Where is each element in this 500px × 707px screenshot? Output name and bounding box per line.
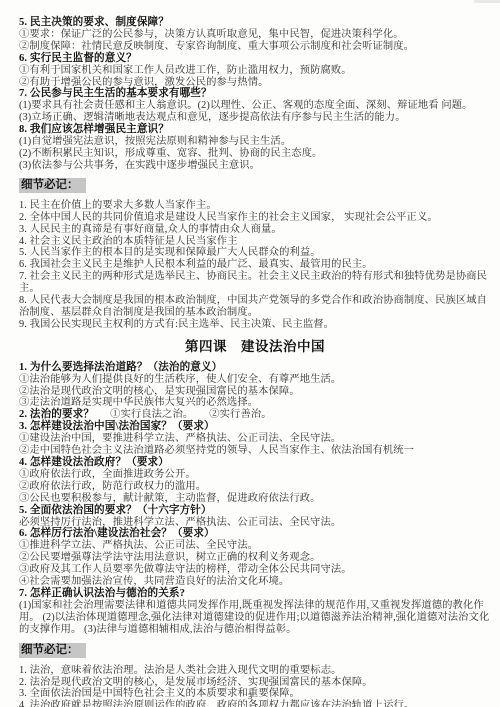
- answer-line: ②制度保障：社情民意反映制度、专家咨询制度、重大事项公示制度和社会听证制度。: [19, 41, 491, 53]
- answer-line: ②有助于增强公民的参与意识，激发公民的参与热情。: [19, 77, 491, 89]
- answer-line: ②法治是现代政治文明的核心，是实现强国富民的基本保障。: [19, 386, 491, 398]
- detail-item: 1. 民主在价值上的要求大多数人当家作主。: [19, 200, 491, 212]
- answer-line: ④社会需要加强法治宣传，共同营造良好的法治文化环境。: [19, 576, 491, 588]
- answer-line: ①要求：保证广泛的公民参与，决策方认真听取意见，集中民智，促进决策科学化。: [19, 29, 491, 41]
- question-heading: 3. 怎样建设法治中国\法治国家？（要求）: [19, 421, 491, 433]
- question-heading: 8. 我们应该怎样增强民主意识？: [19, 124, 491, 136]
- answer-line: ③走法治道路是实现中华民族伟大复兴的必然选择。: [19, 397, 491, 409]
- lesson4-section: 第四课 建设法治中国 1. 为什么要选择法治道路？（法治的意义） ①法治能够为人…: [19, 339, 491, 707]
- answer-line: ①法治能够为人们提供良好的生活秩序，使人们安全、有尊严地生活。: [19, 374, 491, 386]
- section-title: 第四课 建设法治中国: [19, 339, 491, 355]
- question-heading: 2. 法治的要求？: [19, 409, 94, 421]
- detail-item: 1. 法治，意味着依法治理。法治是人类社会进入现代文明的重要标志。: [19, 665, 491, 677]
- question-heading: 7. 公民参与民主生活的基本要求有哪些？: [19, 88, 491, 100]
- question-inline-row: 2. 法治的要求？ ①实行良法之治。 ②实行善治。: [19, 409, 491, 421]
- answer-line: ②走中国特色社会主义法治道路必须坚持党的领导、人民当家作主、依法治国有机统一: [19, 445, 491, 457]
- detail-item: 4. 社会主义民主政治的本质特征是人民当家作主: [19, 236, 491, 248]
- answer-line: ①推进科学立法、严格执法、公正司法、全民守法。: [19, 540, 491, 552]
- question-heading: 6. 怎样厉行法治\建设法治社会？（要求）: [19, 528, 491, 540]
- answer-line: ①有利于国家机关和国家工作人员改进工作，防止滥用权力，预防腐败。: [19, 65, 491, 77]
- answer-line: (3)依法参与公共事务，在实践中逐步增强民主意识。: [19, 160, 491, 172]
- question-heading: 6. 实行民主监督的意义？: [19, 53, 491, 65]
- page-number: 3: [0, 691, 500, 701]
- answer-line: ③政府及其工作人员要率先做尊法守法的榜样，带动全体公民共同守法。: [19, 564, 491, 576]
- answer-line: (1)要求具有社会责任感和主人翁意识。(2)以理性、公正、客观的态度全面、深刻、…: [19, 100, 491, 112]
- answer-line: (1)自觉增强宪法意识，按照宪法原则和精神参与民主生活。: [19, 136, 491, 148]
- detail-item: 2. 法治是现代政治文明的核心，是发展市场经济、实现强国富民的基本保障。: [19, 677, 491, 689]
- question-heading: 5. 民主决策的要求、制度保障？: [19, 17, 491, 29]
- answer-line: (2)不断积累民主知识，形成尊重、宽容、批判、协商的民主态度。: [19, 148, 491, 160]
- answer-line: ②公民要增强尊法学法守法用法意识，树立正确的权利义务观念。: [19, 552, 491, 564]
- answer-paragraph: (1)国家和社会治理需要法律和道德共同发挥作用,既重视发挥法律的规范作用,又重视…: [19, 600, 491, 636]
- detail-item: 7. 社会主义民主的两种形式是选举民主、协商民主。社会主义民主政治的特有形式和独…: [19, 271, 491, 295]
- answer-line: ③公民也要积极参与，献计献策，主动监督，促进政府依法行政。: [19, 493, 491, 505]
- details-block: 细节必记： 1. 民主在价值上的要求大多数人当家作主。 2. 全体中国人民的共同…: [19, 172, 491, 331]
- answer-line: ①政府依法行政，全面推进政务公开。: [19, 469, 491, 481]
- question-heading: 1. 为什么要选择法治道路？（法治的意义）: [19, 362, 491, 374]
- question-heading: 4. 怎样建设法治政府？（要求）: [19, 457, 491, 469]
- detail-item: 5. 人民当家作主的根本目的是实现和保障最广大人民群众的利益。: [19, 247, 491, 259]
- answer-line: ①建设法治中国，要推进科学立法、严格执法、公正司法、全民守法。: [19, 433, 491, 445]
- details-label: 细节必记：: [19, 178, 86, 193]
- detail-item: 6. 我国社会主义民主是维护人民根本利益的最广泛、最真实、最管用的民主。: [19, 259, 491, 271]
- details-label: 细节必记：: [19, 643, 86, 658]
- answer-inline: ②实行善治。: [209, 409, 271, 421]
- notes-page: 5. 民主决策的要求、制度保障？ ①要求：保证广泛的公民参与，决策方认真听取意见…: [0, 0, 500, 707]
- answer-inline: ①实行良法之治。: [110, 409, 193, 421]
- detail-item: 4. 法治政府就是按照法治原则运作的政府，政府的各项权力都应该在法治轨道上运行。: [19, 700, 491, 707]
- detail-item: 9. 我国公民实现民主权利的方式有:民主选举、民主决策、民主监督。: [19, 319, 491, 331]
- question-heading: 5. 全面依法治国的要求？（十六字方针）: [19, 505, 491, 517]
- answer-line: 必须坚持厉行法治，推进科学立法、严格执法、公正司法、全民守法。: [19, 517, 491, 529]
- lesson3-section: 5. 民主决策的要求、制度保障？ ①要求：保证广泛的公民参与，决策方认真听取意见…: [19, 17, 491, 331]
- question-heading: 7. 怎样正确认识法治与德治的关系?: [19, 588, 491, 600]
- scan-artifact: [474, 0, 500, 3]
- detail-item: 2. 全体中国人民的共同价值追求是建设人民当家作主的社会主义国家， 实现社会公平…: [19, 212, 491, 224]
- detail-item: 8. 人民代表大会制度是我国的根本政治制度，中国共产党领导的多党合作和政治协商制…: [19, 295, 491, 319]
- answer-line: (3)立场正确、逻辑清晰地表达观点和意见，逐步提高依法有序参与民主生活的能力。: [19, 112, 491, 124]
- detail-item: 3. 人民民主的真谛是有事好商量,众人的事情由众人商量。: [19, 224, 491, 236]
- answer-line: ②政府依法行政，防范行政权力的滥用。: [19, 481, 491, 493]
